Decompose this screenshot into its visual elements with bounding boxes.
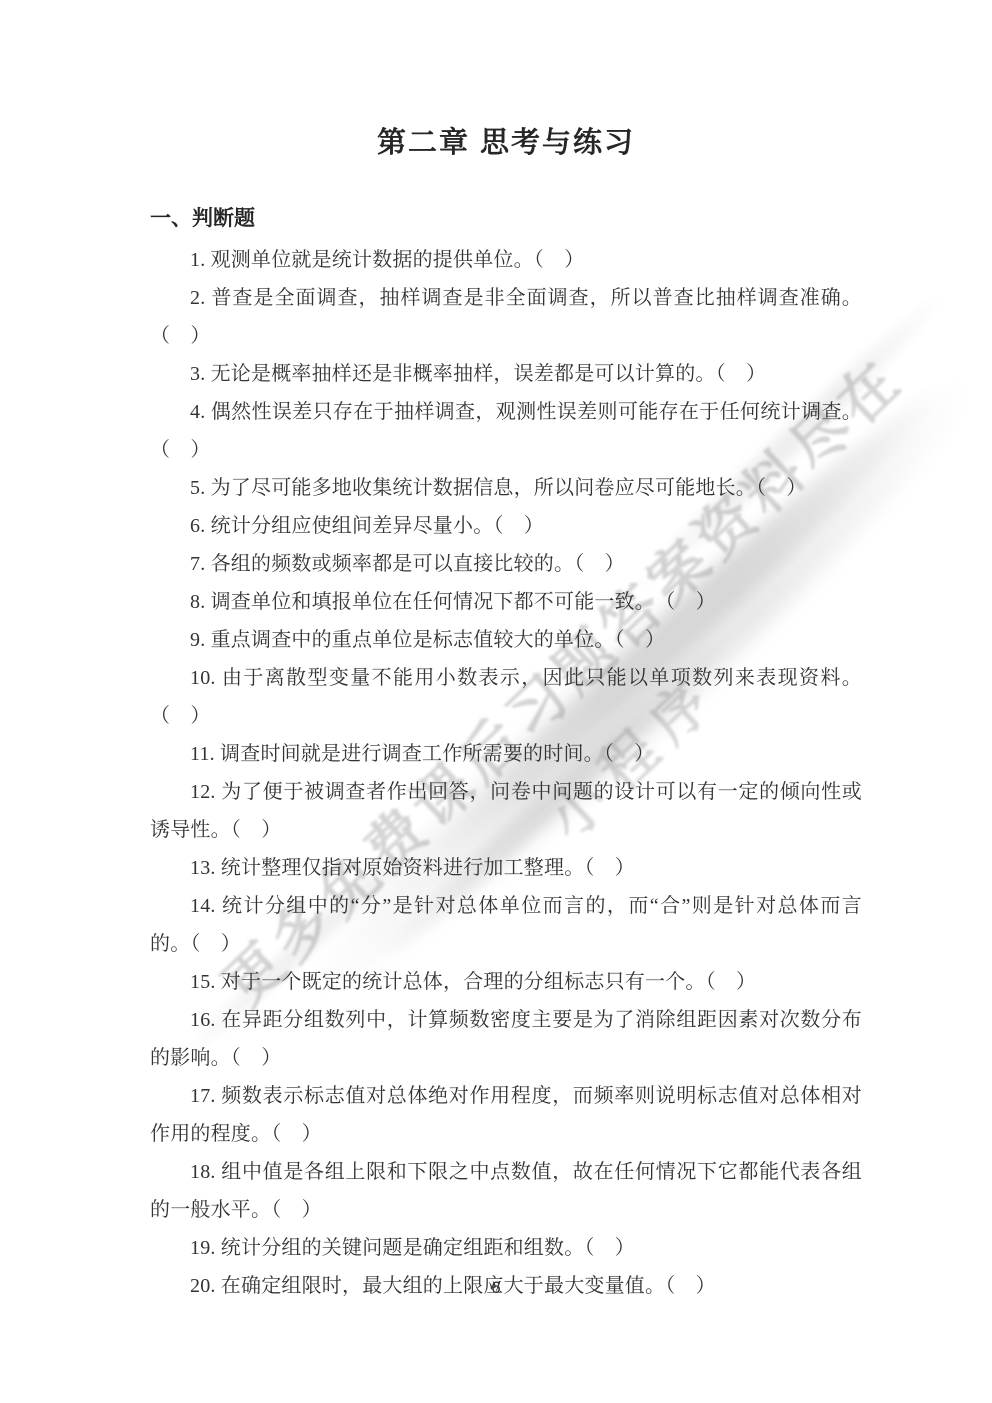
question-item-9: 9. 重点调查中的重点单位是标志值较大的单位。（ ） <box>150 621 862 659</box>
chapter-title: 第二章 思考与练习 <box>150 120 862 161</box>
question-item-15: 15. 对于一个既定的统计总体，合理的分组标志只有一个。（ ） <box>150 963 862 1001</box>
question-item-6: 6. 统计分组应使组间差异尽量小。（ ） <box>150 507 862 545</box>
question-item-1: 1. 观测单位就是统计数据的提供单位。（ ） <box>150 241 862 279</box>
question-item-13: 13. 统计整理仅指对原始资料进行加工整理。（ ） <box>150 849 862 887</box>
question-item-14: 14. 统计分组中的“分”是针对总体单位而言的，而“合”则是针对总体而言的。（ … <box>150 887 862 963</box>
question-item-10: 10. 由于离散型变量不能用小数表示，因此只能以单项数列来表现资料。（ ） <box>150 659 862 735</box>
question-item-5: 5. 为了尽可能多地收集统计数据信息，所以问卷应尽可能地长。（ ） <box>150 469 862 507</box>
question-item-17: 17. 频数表示标志值对总体绝对作用程度，而频率则说明标志值对总体相对作用的程度… <box>150 1077 862 1153</box>
page-footer: 6 <box>0 1278 992 1298</box>
page-number: 6 <box>491 1278 500 1297</box>
question-item-19: 19. 统计分组的关键问题是确定组距和组数。（ ） <box>150 1229 862 1267</box>
question-item-16: 16. 在异距分组数列中，计算频数密度主要是为了消除组距因素对次数分布的影响。（… <box>150 1001 862 1077</box>
question-item-8: 8. 调查单位和填报单位在任何情况下都不可能一致。 （ ） <box>150 583 862 621</box>
page-content: 第二章 思考与练习 一、判断题 1. 观测单位就是统计数据的提供单位。（ ） 2… <box>150 120 862 1305</box>
question-item-7: 7. 各组的频数或频率都是可以直接比较的。（ ） <box>150 545 862 583</box>
question-item-18: 18. 组中值是各组上限和下限之中点数值，故在任何情况下它都能代表各组的一般水平… <box>150 1153 862 1229</box>
question-item-3: 3. 无论是概率抽样还是非概率抽样，误差都是可以计算的。（ ） <box>150 355 862 393</box>
question-item-2: 2. 普查是全面调查，抽样调查是非全面调查，所以普查比抽样调查准确。（ ） <box>150 279 862 355</box>
section-heading: 一、判断题 <box>150 202 862 232</box>
question-item-11: 11. 调查时间就是进行调查工作所需要的时间。（ ） <box>150 735 862 773</box>
document-page: 更多免费课后习题答案资料尽在 小程序 第二章 思考与练习 一、判断题 1. 观测… <box>0 0 992 1403</box>
question-item-4: 4. 偶然性误差只存在于抽样调查，观测性误差则可能存在于任何统计调查。（ ） <box>150 393 862 469</box>
question-item-12: 12. 为了便于被调查者作出回答，问卷中问题的设计可以有一定的倾向性或诱导性。（… <box>150 773 862 849</box>
